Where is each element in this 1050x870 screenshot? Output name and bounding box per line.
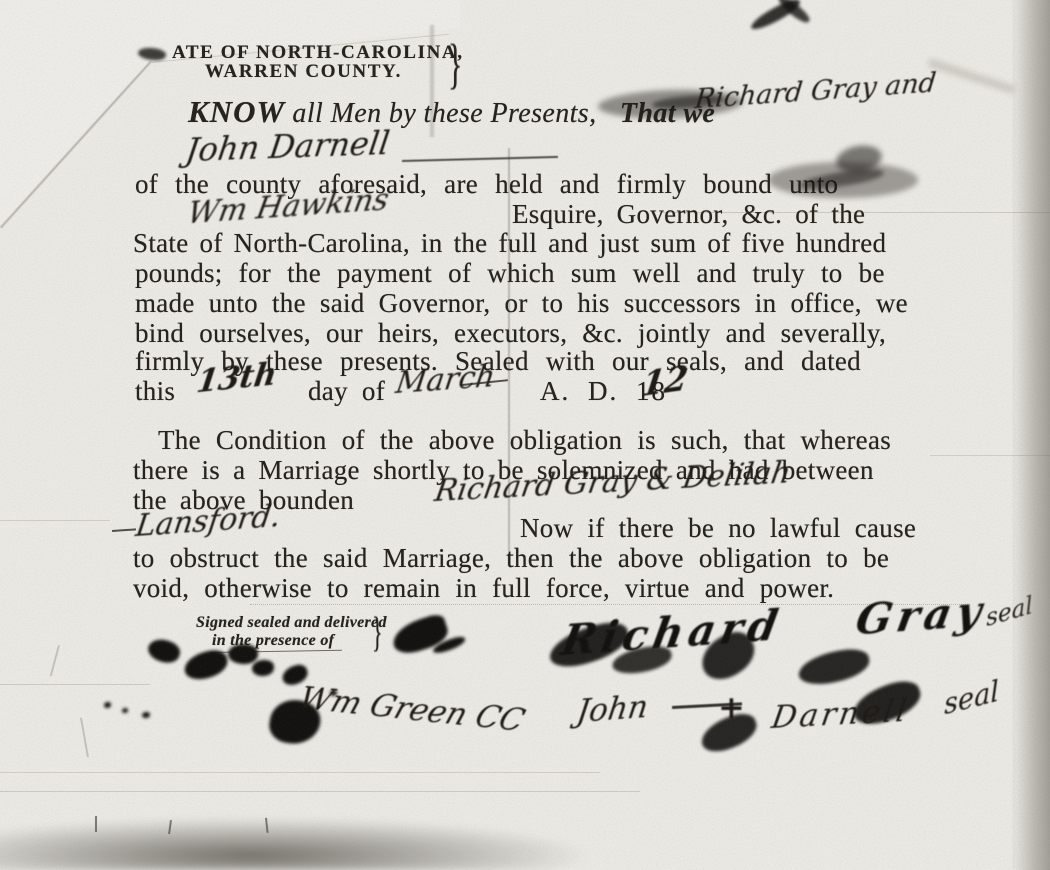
- bottom-edge-smear: [0, 818, 585, 870]
- surety-seal-script: seal: [943, 674, 999, 721]
- ink-blot-2: [181, 647, 230, 684]
- crease-h4: [0, 520, 110, 521]
- crease-h6: [0, 772, 600, 773]
- header-county-line: WARREN COUNTY.: [205, 61, 402, 83]
- corner-wisp: [927, 58, 1015, 94]
- body-line-made: made unto the said Governor, or to his s…: [135, 288, 908, 319]
- condition-line-1: The Condition of the above obligation is…: [158, 425, 891, 456]
- principal-names-handwritten: Richard Gray and: [693, 67, 937, 115]
- condition-now: Now if there be no lawful cause: [520, 513, 916, 544]
- hairline-mark-1: [50, 645, 60, 676]
- ink-dot-2: [122, 708, 128, 713]
- lansford-lead-dash: [112, 528, 136, 532]
- handwritten-rule-line: [402, 156, 558, 162]
- attestation-brace: }: [372, 608, 383, 657]
- surety-ink-blob: [696, 708, 761, 758]
- date-month-handwritten: March: [394, 359, 498, 401]
- scan-edge-band: [1016, 0, 1050, 870]
- date-year-handwritten: 12: [639, 358, 690, 405]
- opening-know: KNOW: [188, 94, 285, 129]
- surety-signature-given: John: [574, 689, 650, 730]
- hairline-mark-2: [80, 718, 89, 758]
- crease-h5: [0, 684, 150, 685]
- body-line-bind: bind ourselves, our heirs, executors, &c…: [135, 318, 886, 349]
- ink-dot-1: [104, 702, 111, 708]
- witness-signature: Wm Green CC: [294, 680, 529, 738]
- condition-void: void, otherwise to remain in full force,…: [133, 573, 834, 604]
- date-day-handwritten: 13th: [194, 355, 279, 400]
- attestation-line-1: Signed sealed and delivered: [196, 614, 387, 632]
- ink-blot-1: [145, 635, 183, 667]
- opening-rest: all Men by these Presents,: [292, 98, 596, 129]
- crease-h7: [0, 791, 640, 792]
- ink-dot-3: [142, 712, 150, 718]
- ink-blot-3: [227, 643, 259, 666]
- header-brace: }: [448, 34, 462, 97]
- surety-signature-surname: Darnell: [769, 693, 912, 737]
- body-line-esquire: Esquire, Governor, &c. of the: [512, 199, 865, 230]
- ink-blot-4: [252, 660, 274, 676]
- surety-name-handwritten: John Darnell: [183, 124, 392, 169]
- bottom-tick-1: [95, 816, 97, 832]
- body-line-state: State of North-Carolina, in the full and…: [133, 228, 886, 259]
- body-line-pounds: pounds; for the payment of which sum wel…: [135, 258, 885, 289]
- date-day-of: day of: [308, 376, 385, 407]
- scanned-marriage-bond: ATE OF NORTH-CAROLINA, WARREN COUNTY. } …: [0, 0, 1050, 870]
- date-this: this: [135, 376, 175, 407]
- condition-obstruct: to obstruct the said Marriage, then the …: [133, 543, 889, 574]
- signature-ink-blob-4: [796, 645, 873, 689]
